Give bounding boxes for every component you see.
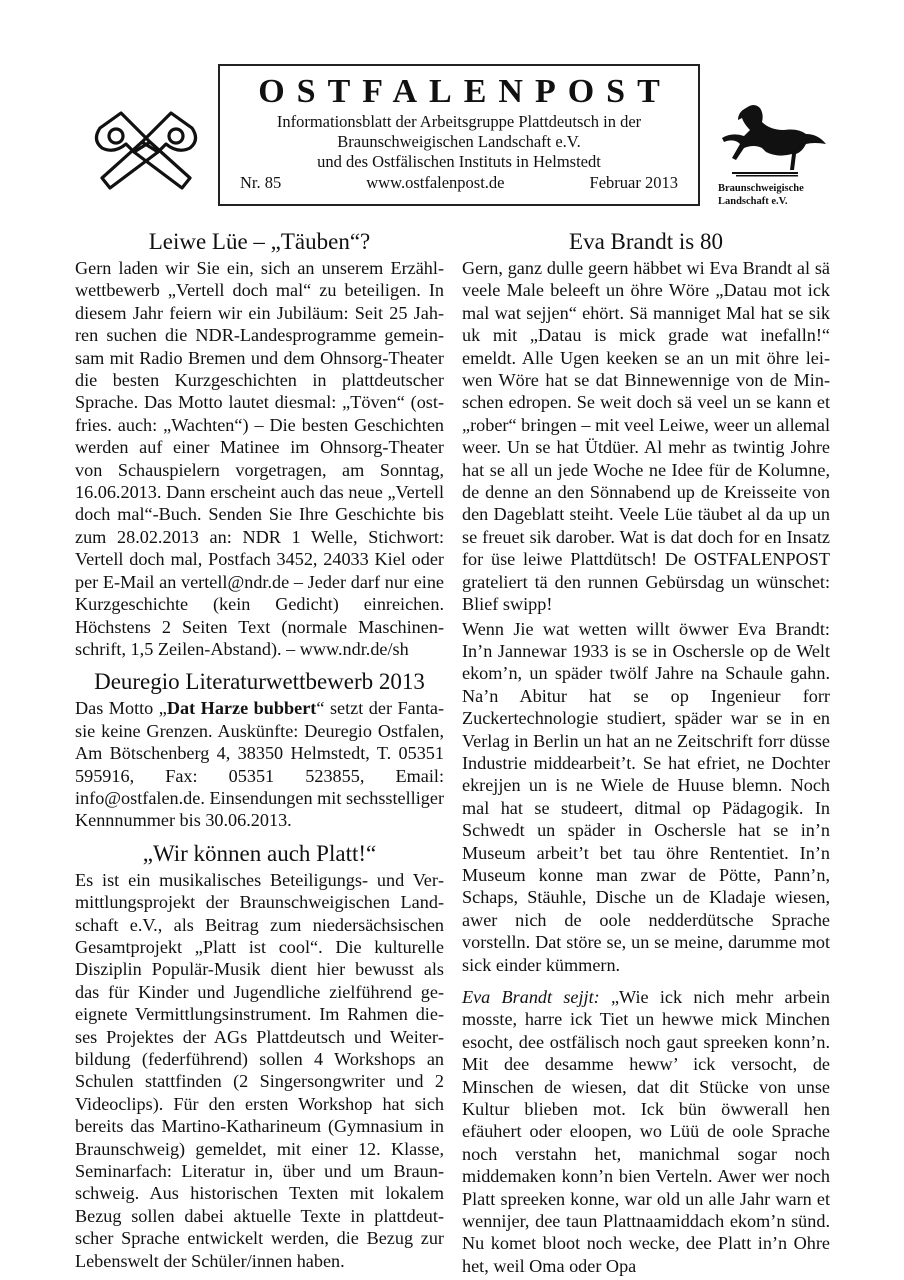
article-wir-koennen-auch-platt: „Wir können auch Platt!“ Es ist ein musi… — [75, 840, 444, 1272]
article-body: Es ist ein musikalisches Beteiligungs- u… — [75, 869, 444, 1272]
article-body: Gern laden wir Sie ein, sich an unserem … — [75, 257, 444, 660]
article-paragraph-1: Gern, ganz dulle geern häbbet wi Eva Bra… — [462, 257, 830, 616]
logo-caption-line-2: Landschaft e.V. — [718, 195, 804, 208]
landschaft-logo-caption: Braunschweigische Landschaft e.V. — [718, 182, 804, 208]
article-heading: „Wir können auch Platt!“ — [75, 840, 444, 868]
body-prefix: Das Motto „ — [75, 698, 167, 718]
issue-number: Nr. 85 — [240, 173, 281, 193]
masthead: OSTFALENPOST Informationsblatt der Arbei… — [218, 64, 700, 206]
article-quote: Eva Brandt sejjt: „Wie ick nich mehr arb… — [462, 986, 830, 1277]
article-deuregio: Deuregio Literaturwettbewerb 2013 Das Mo… — [75, 668, 444, 831]
article-heading: Leiwe Lüe – „Täuben“? — [75, 228, 444, 256]
article-body: Das Motto „Dat Harze bubbert“ setzt der … — [75, 697, 444, 831]
article-heading: Eva Brandt is 80 — [462, 228, 830, 256]
crossed-keys-icon — [86, 98, 206, 198]
subtitle-line-1: Informationsblatt der Arbeitsgruppe Plat… — [220, 112, 698, 132]
quote-speaker: Eva Brandt sejjt: — [462, 987, 600, 1007]
subtitle-line-3: und des Ostfälischen Instituts in Helmst… — [220, 152, 698, 172]
article-eva-brandt: Eva Brandt is 80 Gern, ganz dulle geern … — [462, 228, 830, 1277]
article-leiwe-lue: Leiwe Lüe – „Täuben“? Gern laden wir Sie… — [75, 228, 444, 660]
right-column: Eva Brandt is 80 Gern, ganz dulle geern … — [462, 228, 830, 1277]
subtitle-line-2: Braunschweigischen Landschaft e.V. — [220, 132, 698, 152]
quote-text: „Wie ick nich mehr arbein mosste, harre … — [462, 987, 830, 1276]
newsletter-title: OSTFALENPOST — [220, 72, 698, 112]
article-heading: Deuregio Literaturwettbewerb 2013 — [75, 668, 444, 696]
issue-meta-row: Nr. 85 www.ostfalenpost.de Februar 2013 — [220, 173, 698, 193]
website-link[interactable]: www.ostfalenpost.de — [366, 173, 504, 193]
left-column: Leiwe Lüe – „Täuben“? Gern laden wir Sie… — [75, 228, 444, 1272]
article-paragraph-2: Wenn Jie wat wetten willt öwwer Eva Bran… — [462, 618, 830, 977]
logo-caption-line-1: Braunschweigische — [718, 182, 804, 195]
motto-text: Dat Harze bubbert — [167, 698, 316, 718]
issue-date: Februar 2013 — [590, 173, 678, 193]
